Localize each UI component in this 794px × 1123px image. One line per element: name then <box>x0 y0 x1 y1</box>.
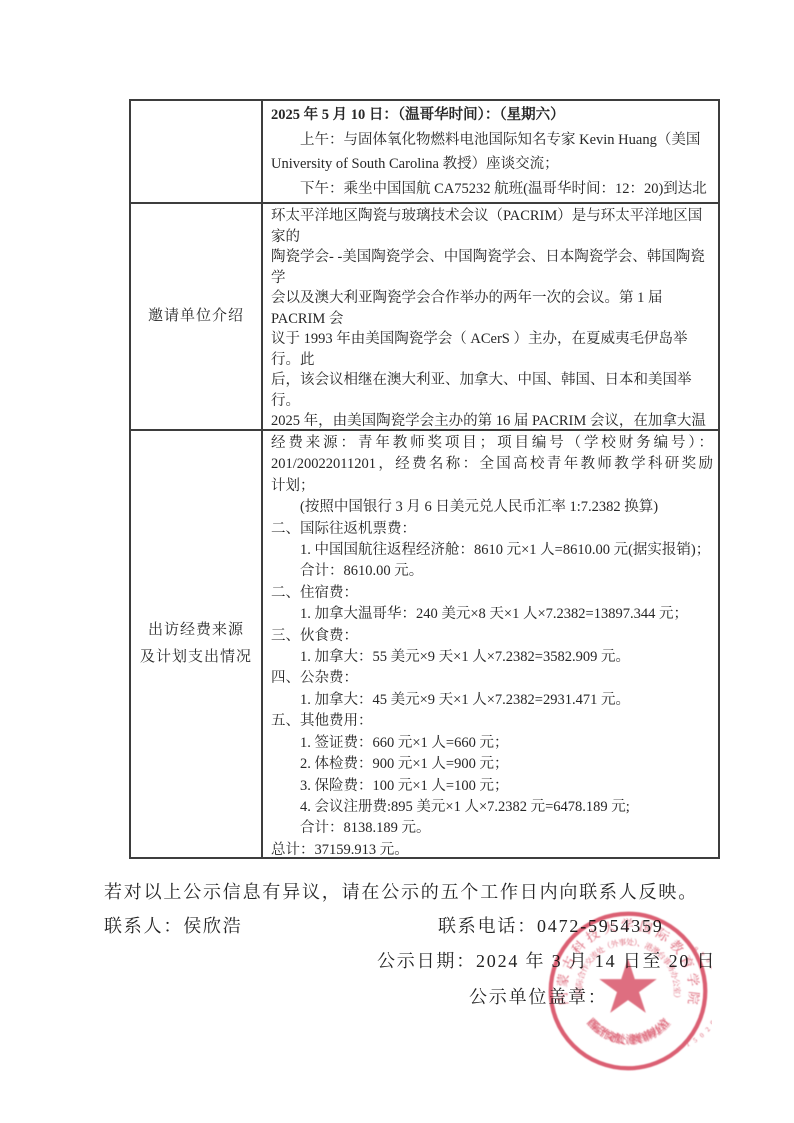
text-line: University of South Carolina 教授）座谈交流； <box>271 152 713 177</box>
row-label-text: 出访经费来源 <box>148 617 244 644</box>
text-line: 4. 会议注册费:895 美元×1 人×7.2382 元=6478.189 元; <box>271 797 713 818</box>
text-line: 二、住宿费： <box>271 583 713 604</box>
text-line: 3. 保险费：100 元×1 人=100 元； <box>271 776 713 797</box>
star-icon <box>599 958 656 1013</box>
objection-notice: 若对以上公示信息有异议，请在公示的五个工作日内向联系人反映。 <box>104 878 698 904</box>
notice-table: 2025 年 5 月 10 日：（温哥华时间）：（星期六） 上午：与固体氧化物燃… <box>129 99 720 859</box>
text-line: 2025 年，由美国陶瓷学会主办的第 16 届 PACRIM 会议，在加拿大温哥… <box>271 411 713 429</box>
text-line: 会以及澳大利亚陶瓷学会合作举办的两年一次的会议。第 1 届 PACRIM 会 <box>271 288 713 329</box>
text-line: 2. 体检费：900 元×1 人=900 元； <box>271 754 713 775</box>
text-line: (按照中国银行 3 月 6 日美元兑人民币汇率 1:7.2382 换算) <box>271 497 713 518</box>
table-row-budget: 出访经费来源及计划支出情况 经费来源：青年教师奖项目；项目编号（学校财务编号）：… <box>131 429 718 857</box>
text-line: 1. 加拿大温哥华：240 美元×8 天×1 人×7.2382=13897.34… <box>271 604 713 625</box>
row-label-budget: 出访经费来源及计划支出情况 <box>131 431 263 857</box>
text-line: 1. 加拿大：55 美元×9 天×1 人×7.2382=3582.909 元。 <box>271 647 713 668</box>
text-line: 后，该会议相继在澳大利亚、加拿大、中国、韩国、日本和美国举行。 <box>271 370 713 411</box>
budget-content: 经费来源：青年教师奖项目；项目编号（学校财务编号）：201/2002201120… <box>263 431 718 857</box>
text-line: 2025 年 5 月 10 日：（温哥华时间）：（星期六） <box>271 103 713 128</box>
text-line: 下午：乘坐中国国航 CA75232 航班(温哥华时间：12：20)到达北京 <box>271 177 713 202</box>
row-label-text: 及计划支出情况 <box>140 644 252 671</box>
text-line: 经费来源：青年教师奖项目；项目编号（学校财务编号）： <box>271 433 713 454</box>
row-label-inviter-intro: 邀请单位介绍 <box>131 204 263 429</box>
table-row-inviter-intro: 邀请单位介绍 环太平洋地区陶瓷与玻璃技术会议（PACRIM）是与环太平洋地区国家… <box>131 202 718 429</box>
svg-text:（国际合作交流处、港澳台事务办公室）: （国际合作交流处、港澳台事务办公室） <box>581 1012 676 1047</box>
text-line: 总计：37159.913 元。 <box>271 840 713 857</box>
inviter-intro-content: 环太平洋地区陶瓷与玻璃技术会议（PACRIM）是与环太平洋地区国家的陶瓷学会- … <box>263 204 718 429</box>
text-line: 计划； <box>271 476 713 497</box>
row-label-empty <box>131 101 263 202</box>
text-line: 议于 1993 年由美国陶瓷学会（ ACerS ）主办，在夏威夷毛伊岛举行。此 <box>271 329 713 370</box>
text-line: 三、伙食费： <box>271 626 713 647</box>
schedule-content: 2025 年 5 月 10 日：（温哥华时间）：（星期六） 上午：与固体氧化物燃… <box>263 101 718 202</box>
seal-arc-bottom-text: （国际合作交流处、港澳台事务办公室） （国际合作交流处、港澳台事务办公室） <box>581 1012 677 1048</box>
contact-person: 联系人：侯欣浩 <box>104 912 243 938</box>
text-line: 合计：8610.00 元。 <box>271 561 713 582</box>
text-line: 上午：与固体氧化物燃料电池国际知名专家 Kevin Huang（美国 <box>271 128 713 153</box>
table-row-schedule: 2025 年 5 月 10 日：（温哥华时间）：（星期六） 上午：与固体氧化物燃… <box>131 101 718 202</box>
text-line: 1. 签证费：660 元×1 人=660 元； <box>271 733 713 754</box>
text-line: 环太平洋地区陶瓷与玻璃技术会议（PACRIM）是与环太平洋地区国家的 <box>271 206 713 247</box>
text-line: 四、公杂费： <box>271 668 713 689</box>
text-line: 合计：8138.189 元。 <box>271 818 713 839</box>
text-line: 1. 加拿大：45 美元×9 天×1 人×7.2382=2931.471 元。 <box>271 690 713 711</box>
text-line: 五、其他费用： <box>271 711 713 732</box>
text-line: 陶瓷学会- -美国陶瓷学会、中国陶瓷学会、日本陶瓷学会、韩国陶瓷学 <box>271 247 713 288</box>
text-line: 201/20022011201，经费名称：全国高校青年教师教学科研奖励 <box>271 454 713 475</box>
text-line: 二、国际往返机票费： <box>271 519 713 540</box>
row-label-text: 邀请单位介绍 <box>148 303 244 330</box>
official-seal: 内蒙古科技大学国际教育学院 （国际合作交流处（外事处）、港澳台事务办公室） （国… <box>544 907 712 1075</box>
text-line: 1. 中国国航往返程经济舱：8610 元×1 人=8610.00 元(据实报销)… <box>271 540 713 561</box>
